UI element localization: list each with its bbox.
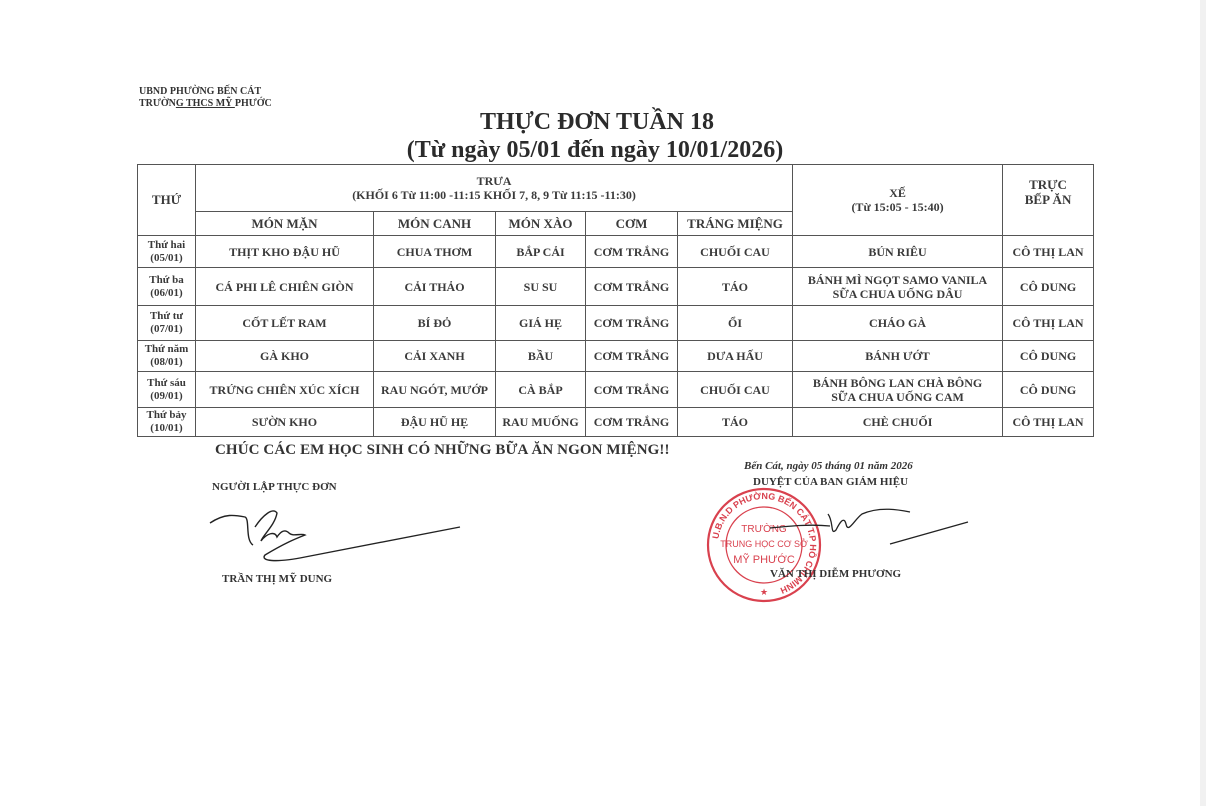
school-name-part: TRƯỜN bbox=[139, 98, 176, 109]
dish-mon-xao: BẦU bbox=[496, 341, 586, 372]
table-row: Thứ tư(07/01)CỐT LẾT RAMBÍ ĐỎGIÁ HẸCƠM T… bbox=[138, 306, 1094, 341]
kitchen-duty-cell: CÔ DUNG bbox=[1003, 341, 1094, 372]
dish-trang-mieng: TÁO bbox=[678, 268, 793, 306]
day-date: (05/01) bbox=[138, 252, 195, 265]
school-name-part: PHƯỚC bbox=[235, 98, 272, 109]
authority-name: UBND PHƯỜNG BẾN CÁT bbox=[139, 86, 261, 97]
day-name: Thứ sáu bbox=[138, 377, 195, 390]
dish-mon-man: CỐT LẾT RAM bbox=[196, 306, 374, 341]
dish-com: CƠM TRẮNG bbox=[586, 236, 678, 268]
snack-item: CHÈ CHUỐI bbox=[793, 415, 1002, 429]
dish-mon-xao: RAU MUỐNG bbox=[496, 408, 586, 437]
dish-mon-canh: ĐẬU HŨ HẸ bbox=[374, 408, 496, 437]
kitchen-duty-cell: CÔ THỊ LAN bbox=[1003, 306, 1094, 341]
dish-trang-mieng: DƯA HẤU bbox=[678, 341, 793, 372]
day-cell: Thứ sáu(09/01) bbox=[138, 372, 196, 408]
dish-mon-man: TRỨNG CHIÊN XÚC XÍCH bbox=[196, 372, 374, 408]
dish-com: CƠM TRẮNG bbox=[586, 341, 678, 372]
day-date: (06/01) bbox=[138, 287, 195, 300]
day-cell: Thứ ba(06/01) bbox=[138, 268, 196, 306]
dish-mon-xao: BẮP CẢI bbox=[496, 236, 586, 268]
header-dessert: TRÁNG MIỆNG bbox=[678, 212, 793, 236]
header-soup: MÓN CANH bbox=[374, 212, 496, 236]
kitchen-duty-cell: CÔ DUNG bbox=[1003, 372, 1094, 408]
duty-title-line1: TRỰC bbox=[1003, 177, 1093, 192]
dish-com: CƠM TRẮNG bbox=[586, 268, 678, 306]
table-row: Thứ năm(08/01)GÀ KHOCẢI XANHBẦUCƠM TRẮNG… bbox=[138, 341, 1094, 372]
table-row: Thứ ba(06/01)CÁ PHI LÊ CHIÊN GIÒNCẢI THẢ… bbox=[138, 268, 1094, 306]
stamp-star-icon: ★ bbox=[760, 587, 768, 597]
dish-com: CƠM TRẮNG bbox=[586, 372, 678, 408]
approver-name: VĂN THỊ DIỄM PHƯƠNG bbox=[770, 568, 901, 580]
snack-cell: CHÈ CHUỐI bbox=[793, 408, 1003, 437]
kitchen-duty-cell: CÔ DUNG bbox=[1003, 268, 1094, 306]
lunch-title: TRƯA bbox=[196, 174, 792, 188]
kitchen-duty-cell: CÔ THỊ LAN bbox=[1003, 236, 1094, 268]
dish-mon-xao: CÀ BẮP bbox=[496, 372, 586, 408]
day-date: (08/01) bbox=[138, 356, 195, 369]
dish-mon-canh: CHUA THƠM bbox=[374, 236, 496, 268]
snack-item: BÁNH MÌ NGỌT SAMO VANILA bbox=[793, 273, 1002, 287]
snack-item: BÁNH ƯỚT bbox=[793, 349, 1002, 363]
issuing-authority-header: UBND PHƯỜNG BẾN CÁT TRƯỜNG THCS MỸ PHƯỚC bbox=[139, 86, 272, 110]
approver-signature bbox=[770, 500, 970, 560]
day-cell: Thứ hai(05/01) bbox=[138, 236, 196, 268]
day-date: (10/01) bbox=[138, 422, 195, 435]
preparer-name: TRẦN THỊ MỸ DUNG bbox=[222, 573, 332, 585]
dish-mon-man: SƯỜN KHO bbox=[196, 408, 374, 437]
header-day: THỨ bbox=[138, 165, 196, 236]
dish-trang-mieng: TÁO bbox=[678, 408, 793, 437]
table-row: Thứ sáu(09/01)TRỨNG CHIÊN XÚC XÍCHRAU NG… bbox=[138, 372, 1094, 408]
table-row: Thứ hai(05/01)THỊT KHO ĐẬU HŨCHUA THƠMBẮ… bbox=[138, 236, 1094, 268]
dish-mon-canh: CẢI THẢO bbox=[374, 268, 496, 306]
dish-trang-mieng: CHUỐI CAU bbox=[678, 236, 793, 268]
header-snack: XẾ (Từ 15:05 - 15:40) bbox=[793, 165, 1003, 236]
snack-title: XẾ bbox=[793, 186, 1002, 200]
header-main-dish: MÓN MẶN bbox=[196, 212, 374, 236]
snack-item: BÚN RIÊU bbox=[793, 245, 1002, 259]
document-title: THỰC ĐƠN TUẦN 18 bbox=[0, 109, 1200, 136]
closing-slogan: CHÚC CÁC EM HỌC SINH CÓ NHỮNG BỮA ĂN NGO… bbox=[215, 442, 670, 459]
weekly-menu-table: THỨ TRƯA (KHỐI 6 Từ 11:00 -11:15 KHỐI 7,… bbox=[137, 164, 1094, 437]
table-row: Thứ bảy(10/01)SƯỜN KHOĐẬU HŨ HẸRAU MUỐNG… bbox=[138, 408, 1094, 437]
snack-item: BÁNH BÔNG LAN CHÀ BÔNG bbox=[793, 376, 1002, 390]
day-date: (09/01) bbox=[138, 390, 195, 403]
duty-title-line2: BẾP ĂN bbox=[1003, 192, 1093, 207]
snack-item: CHÁO GÀ bbox=[793, 316, 1002, 330]
snack-cell: CHÁO GÀ bbox=[793, 306, 1003, 341]
header-kitchen-duty: TRỰC BẾP ĂN bbox=[1003, 165, 1094, 236]
day-cell: Thứ tư(07/01) bbox=[138, 306, 196, 341]
snack-item: SỮA CHUA UỐNG CAM bbox=[793, 390, 1002, 404]
document-date-range: (Từ ngày 05/01 đến ngày 10/01/2026) bbox=[0, 137, 1198, 164]
day-name: Thứ tư bbox=[138, 310, 195, 323]
dish-com: CƠM TRẮNG bbox=[586, 408, 678, 437]
snack-cell: BÁNH ƯỚT bbox=[793, 341, 1003, 372]
lunch-time: (KHỐI 6 Từ 11:00 -11:15 KHỐI 7, 8, 9 Từ … bbox=[196, 188, 792, 202]
dish-mon-canh: RAU NGÓT, MƯỚP bbox=[374, 372, 496, 408]
snack-cell: BÚN RIÊU bbox=[793, 236, 1003, 268]
day-name: Thứ ba bbox=[138, 274, 195, 287]
header-stir-fry: MÓN XÀO bbox=[496, 212, 586, 236]
day-name: Thứ bảy bbox=[138, 409, 195, 422]
dish-com: CƠM TRẮNG bbox=[586, 306, 678, 341]
header-lunch: TRƯA (KHỐI 6 Từ 11:00 -11:15 KHỐI 7, 8, … bbox=[196, 165, 793, 212]
snack-cell: BÁNH BÔNG LAN CHÀ BÔNGSỮA CHUA UỐNG CAM bbox=[793, 372, 1003, 408]
day-name: Thứ hai bbox=[138, 239, 195, 252]
dish-trang-mieng: ỔI bbox=[678, 306, 793, 341]
day-date: (07/01) bbox=[138, 323, 195, 336]
dish-trang-mieng: CHUỐI CAU bbox=[678, 372, 793, 408]
kitchen-duty-cell: CÔ THỊ LAN bbox=[1003, 408, 1094, 437]
dish-mon-man: THỊT KHO ĐẬU HŨ bbox=[196, 236, 374, 268]
preparer-signature bbox=[205, 505, 465, 565]
dish-mon-man: CÁ PHI LÊ CHIÊN GIÒN bbox=[196, 268, 374, 306]
school-name-underlined: G THCS MỸ bbox=[176, 98, 235, 109]
dish-mon-xao: GIÁ HẸ bbox=[496, 306, 586, 341]
snack-cell: BÁNH MÌ NGỌT SAMO VANILASỮA CHUA UỐNG DÂ… bbox=[793, 268, 1003, 306]
preparer-label: NGƯỜI LẬP THỰC ĐƠN bbox=[212, 481, 337, 493]
dish-mon-canh: CẢI XANH bbox=[374, 341, 496, 372]
day-cell: Thứ năm(08/01) bbox=[138, 341, 196, 372]
day-cell: Thứ bảy(10/01) bbox=[138, 408, 196, 437]
place-and-date: Bến Cát, ngày 05 tháng 01 năm 2026 bbox=[744, 460, 913, 472]
day-name: Thứ năm bbox=[138, 343, 195, 356]
header-rice: CƠM bbox=[586, 212, 678, 236]
dish-mon-canh: BÍ ĐỎ bbox=[374, 306, 496, 341]
dish-mon-man: GÀ KHO bbox=[196, 341, 374, 372]
dish-mon-xao: SU SU bbox=[496, 268, 586, 306]
snack-item: SỮA CHUA UỐNG DÂU bbox=[793, 287, 1002, 301]
page-edge bbox=[1200, 0, 1206, 806]
snack-time: (Từ 15:05 - 15:40) bbox=[793, 200, 1002, 214]
